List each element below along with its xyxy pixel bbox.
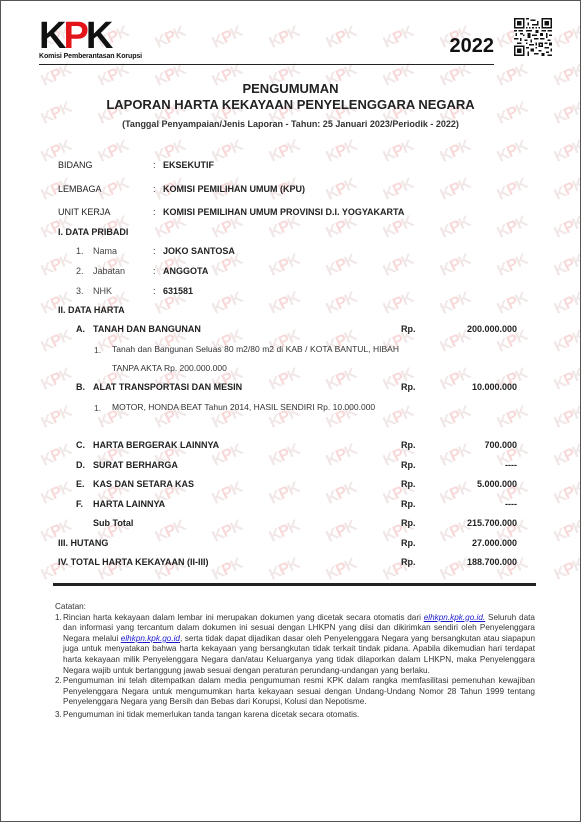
watermark-kpk: KPK: [438, 289, 474, 318]
watermark-kpk: KPK: [552, 289, 581, 318]
nama-value: JOKO SANTOSA: [163, 246, 235, 256]
nhk-label: NHK: [93, 286, 112, 296]
watermark-kpk: KPK: [267, 289, 303, 318]
currency-label: Rp.: [401, 479, 416, 489]
nama-label: Nama: [93, 246, 117, 256]
watermark-kpk: KPK: [552, 365, 581, 394]
watermark-kpk: KPK: [438, 479, 474, 508]
watermark-kpk: KPK: [324, 479, 360, 508]
watermark-kpk: KPK: [267, 555, 303, 584]
watermark-kpk: KPK: [552, 251, 581, 280]
title-laporan: LAPORAN HARTA KEKAYAAN PENYELENGGARA NEG…: [1, 97, 580, 112]
bidang-label: BIDANG: [58, 160, 93, 170]
qr-code-icon: [514, 18, 552, 56]
title-subtitle: (Tanggal Penyampaian/Jenis Laporan - Tah…: [1, 119, 580, 129]
watermark-kpk: KPK: [552, 327, 581, 356]
harta-bergerak-amount: 700.000: [484, 440, 517, 450]
watermark-kpk: KPK: [495, 403, 531, 432]
watermark-kpk: KPK: [324, 289, 360, 318]
surat-berharga-amount: ----: [505, 460, 517, 470]
watermark-kpk: KPK: [552, 517, 581, 546]
watermark-kpk: KPK: [438, 137, 474, 166]
colon: :: [153, 246, 156, 256]
watermark-kpk: KPK: [495, 213, 531, 242]
note-item: 1. Rincian harta kekayaan dalam lembar i…: [55, 613, 535, 677]
note-text: Pengumuman ini telah ditempatkan dalam m…: [63, 676, 535, 708]
note-item: 2. Pengumuman ini telah ditempatkan dala…: [55, 676, 535, 708]
watermark-kpk: KPK: [39, 365, 75, 394]
watermark-kpk: KPK: [381, 213, 417, 242]
harta-letter: A.: [76, 324, 85, 334]
watermark-kpk: KPK: [552, 555, 581, 584]
watermark-kpk: KPK: [324, 251, 360, 280]
watermark-kpk: KPK: [153, 517, 189, 546]
watermark-kpk: KPK: [552, 441, 581, 470]
watermark-kpk: KPK: [495, 175, 531, 204]
currency-label: Rp.: [401, 499, 416, 509]
jabatan-value: ANGGOTA: [163, 266, 208, 276]
watermark-kpk: KPK: [324, 555, 360, 584]
watermark-kpk: KPK: [438, 365, 474, 394]
alat-transportasi-label: ALAT TRANSPORTASI DAN MESIN: [93, 382, 242, 392]
total-label: IV. TOTAL HARTA KEKAYAAN (II-III): [58, 557, 209, 567]
watermark-kpk: KPK: [552, 213, 581, 242]
watermark-kpk: KPK: [153, 213, 189, 242]
note-text: Pengumuman ini tidak memerlukan tanda ta…: [63, 710, 359, 721]
watermark-kpk: KPK: [39, 479, 75, 508]
watermark-kpk: KPK: [552, 175, 581, 204]
currency-label: Rp.: [401, 440, 416, 450]
colon: :: [153, 286, 156, 296]
harta-letter: C.: [76, 440, 85, 450]
data-pribadi-heading: I. DATA PRIBADI: [58, 227, 128, 237]
lembaga-value: KOMISI PEMILIHAN UMUM (KPU): [163, 184, 305, 194]
kas-amount: 5.000.000: [477, 479, 517, 489]
watermark-kpk: KPK: [39, 403, 75, 432]
watermark-kpk: KPK: [210, 137, 246, 166]
tanah-bangunan-label: TANAH DAN BANGUNAN: [93, 324, 201, 334]
watermark-kpk: KPK: [267, 213, 303, 242]
watermark-kpk: KPK: [495, 137, 531, 166]
report-year: 2022: [450, 35, 495, 58]
bidang-value: EKSEKUTIF: [163, 160, 214, 170]
notes-heading: Catatan:: [55, 602, 535, 613]
watermark-kpk: KPK: [552, 23, 581, 52]
surat-berharga-label: SURAT BERHARGA: [93, 460, 178, 470]
divider: [53, 583, 536, 586]
hutang-amount: 27.000.000: [472, 538, 517, 548]
detail-num: 1.: [94, 403, 101, 413]
watermark-kpk: KPK: [552, 479, 581, 508]
tanah-bangunan-amount: 200.000.000: [467, 324, 517, 334]
subtotal-label: Sub Total: [93, 518, 133, 528]
kpk-logo: KPK Komisi Pemberantasan Korupsi: [39, 21, 142, 60]
currency-label: Rp.: [401, 538, 416, 548]
note-number: 3.: [55, 710, 63, 721]
alat-transportasi-amount: 10.000.000: [472, 382, 517, 392]
logo-letter-p: P: [63, 15, 85, 57]
watermark-kpk: KPK: [438, 175, 474, 204]
unit-kerja-value: KOMISI PEMILIHAN UMUM PROVINSI D.I. YOGY…: [163, 207, 404, 217]
jabatan-label: Jabatan: [93, 266, 125, 276]
watermark-kpk: KPK: [210, 213, 246, 242]
currency-label: Rp.: [401, 382, 416, 392]
watermark-kpk: KPK: [381, 175, 417, 204]
logo-letter-k1: K: [39, 15, 63, 57]
unit-kerja-label: UNIT KERJA: [58, 207, 110, 217]
watermark-kpk: KPK: [324, 175, 360, 204]
watermark-kpk: KPK: [267, 137, 303, 166]
title-pengumuman: PENGUMUMAN: [1, 81, 580, 96]
total-amount: 188.700.000: [467, 557, 517, 567]
watermark-kpk: KPK: [324, 517, 360, 546]
logo-subtitle: Komisi Pemberantasan Korupsi: [39, 53, 142, 60]
currency-label: Rp.: [401, 557, 416, 567]
watermark-kpk: KPK: [552, 137, 581, 166]
currency-label: Rp.: [401, 324, 416, 334]
lembaga-label: LEMBAGA: [58, 184, 102, 194]
harta-letter: D.: [76, 460, 85, 470]
note-text: Rincian harta kekayaan dalam lembar ini …: [63, 613, 535, 677]
harta-letter: F.: [76, 499, 83, 509]
watermark-kpk: KPK: [324, 137, 360, 166]
watermark-kpk: KPK: [210, 289, 246, 318]
harta-letter: B.: [76, 382, 85, 392]
watermark-kpk: KPK: [552, 403, 581, 432]
watermark-kpk: KPK: [495, 289, 531, 318]
watermark-kpk: KPK: [267, 251, 303, 280]
note-number: 2.: [55, 676, 63, 708]
watermark-kpk: KPK: [267, 517, 303, 546]
watermark-kpk: KPK: [495, 251, 531, 280]
alat-transportasi-detail: MOTOR, HONDA BEAT Tahun 2014, HASIL SEND…: [112, 398, 399, 417]
harta-lainnya-amount: ----: [505, 499, 517, 509]
watermark-kpk: KPK: [381, 251, 417, 280]
watermark-kpk: KPK: [267, 479, 303, 508]
harta-bergerak-label: HARTA BERGERAK LAINNYA: [93, 440, 219, 450]
elhkpn-link[interactable]: elhkpn.kpk.go.id: [121, 634, 180, 643]
document-header: KPK Komisi Pemberantasan Korupsi 2022: [39, 21, 494, 65]
watermark-kpk: KPK: [267, 441, 303, 470]
currency-label: Rp.: [401, 460, 416, 470]
detail-num: 1.: [94, 345, 101, 355]
watermark-kpk: KPK: [39, 251, 75, 280]
note-item: 3. Pengumuman ini tidak memerlukan tanda…: [55, 710, 535, 721]
watermark-kpk: KPK: [210, 479, 246, 508]
note-number: 1.: [55, 613, 63, 677]
document-page: KPKKPKKPKKPKKPKKPKKPKKPKKPKKPKKPKKPKKPKK…: [0, 0, 581, 822]
watermark-kpk: KPK: [381, 289, 417, 318]
notes-section: Catatan: 1. Rincian harta kekayaan dalam…: [55, 602, 535, 721]
colon: :: [153, 184, 156, 194]
colon: :: [153, 266, 156, 276]
watermark-kpk: KPK: [438, 441, 474, 470]
subtotal-amount: 215.700.000: [467, 518, 517, 528]
watermark-kpk: KPK: [210, 517, 246, 546]
hutang-label: III. HUTANG: [58, 538, 108, 548]
watermark-kpk: KPK: [96, 137, 132, 166]
pribadi-num: 3.: [76, 286, 84, 296]
colon: :: [153, 160, 156, 170]
tanah-bangunan-detail: Tanah dan Bangunan Seluas 80 m2/80 m2 di…: [112, 340, 399, 378]
logo-letter-k2: K: [86, 15, 110, 57]
currency-label: Rp.: [401, 518, 416, 528]
kas-label: KAS DAN SETARA KAS: [93, 479, 194, 489]
pribadi-num: 1.: [76, 246, 84, 256]
pribadi-num: 2.: [76, 266, 84, 276]
watermark-kpk: KPK: [210, 555, 246, 584]
watermark-kpk: KPK: [39, 441, 75, 470]
nhk-value: 631581: [163, 286, 193, 296]
colon: :: [153, 207, 156, 217]
harta-letter: E.: [76, 479, 85, 489]
data-harta-heading: II. DATA HARTA: [58, 305, 125, 315]
elhkpn-link[interactable]: elhkpn.kpk.go.id.: [424, 613, 485, 622]
harta-lainnya-label: HARTA LAINNYA: [93, 499, 165, 509]
watermark-kpk: KPK: [438, 403, 474, 432]
watermark-kpk: KPK: [438, 213, 474, 242]
watermark-kpk: KPK: [438, 251, 474, 280]
watermark-kpk: KPK: [324, 441, 360, 470]
watermark-kpk: KPK: [324, 213, 360, 242]
watermark-kpk: KPK: [39, 327, 75, 356]
watermark-kpk: KPK: [381, 137, 417, 166]
